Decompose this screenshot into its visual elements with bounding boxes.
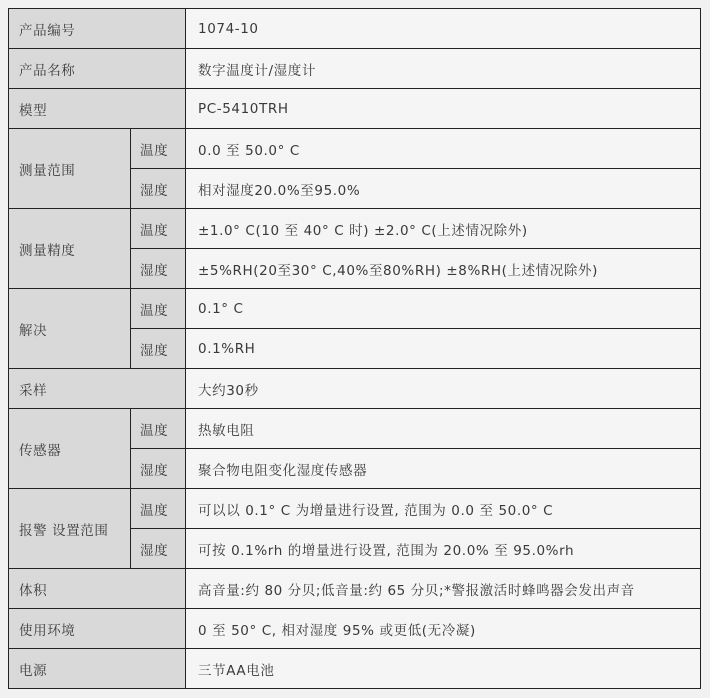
row-label-operating-environment: 使用环境	[9, 609, 186, 649]
table-row: 测量范围 温度 0.0 至 50.0° C	[9, 129, 701, 169]
sub-label-humidity: 湿度	[131, 169, 186, 209]
table-row: 测量精度 温度 ±1.0° C(10 至 40° C 时) ±2.0° C(上述…	[9, 209, 701, 249]
row-value-resolution-humidity: 0.1%RH	[186, 329, 701, 369]
row-label-alarm-setting-range: 报警 设置范围	[9, 489, 131, 569]
row-value-alarm-temperature: 可以以 0.1° C 为增量进行设置, 范围为 0.0 至 50.0° C	[186, 489, 701, 529]
sub-label-temperature: 温度	[131, 129, 186, 169]
row-value-model: PC-5410TRH	[186, 89, 701, 129]
sub-label-temperature: 温度	[131, 409, 186, 449]
row-value-accuracy-temperature: ±1.0° C(10 至 40° C 时) ±2.0° C(上述情况除外)	[186, 209, 701, 249]
table-row: 采样 大约30秒	[9, 369, 701, 409]
sub-label-temperature: 温度	[131, 209, 186, 249]
row-label-sampling: 采样	[9, 369, 186, 409]
table-row: 体积 高音量:约 80 分贝;低音量:约 65 分贝;*警报激活时蜂鸣器会发出声…	[9, 569, 701, 609]
sub-label-humidity: 湿度	[131, 529, 186, 569]
sub-label-humidity: 湿度	[131, 329, 186, 369]
spec-page: 产品编号 1074-10 产品名称 数字温度计/湿度计 模型 PC-5410TR…	[0, 0, 710, 698]
row-value-accuracy-humidity: ±5%RH(20至30° C,40%至80%RH) ±8%RH(上述情况除外)	[186, 249, 701, 289]
table-row: 模型 PC-5410TRH	[9, 89, 701, 129]
row-label-volume: 体积	[9, 569, 186, 609]
table-row: 传感器 温度 热敏电阻	[9, 409, 701, 449]
sub-label-humidity: 湿度	[131, 449, 186, 489]
table-row: 产品编号 1074-10	[9, 9, 701, 49]
sub-label-temperature: 温度	[131, 289, 186, 329]
table-row: 产品名称 数字温度计/湿度计	[9, 49, 701, 89]
row-value-sensor-humidity: 聚合物电阻变化湿度传感器	[186, 449, 701, 489]
row-label-product-name: 产品名称	[9, 49, 186, 89]
row-label-sensor: 传感器	[9, 409, 131, 489]
row-value-product-name: 数字温度计/湿度计	[186, 49, 701, 89]
sub-label-temperature: 温度	[131, 489, 186, 529]
row-label-model: 模型	[9, 89, 186, 129]
product-spec-table: 产品编号 1074-10 产品名称 数字温度计/湿度计 模型 PC-5410TR…	[8, 8, 701, 689]
table-row: 报警 设置范围 温度 可以以 0.1° C 为增量进行设置, 范围为 0.0 至…	[9, 489, 701, 529]
row-value-operating-environment: 0 至 50° C, 相对湿度 95% 或更低(无冷凝)	[186, 609, 701, 649]
row-label-product-number: 产品编号	[9, 9, 186, 49]
table-row: 使用环境 0 至 50° C, 相对湿度 95% 或更低(无冷凝)	[9, 609, 701, 649]
row-value-volume: 高音量:约 80 分贝;低音量:约 65 分贝;*警报激活时蜂鸣器会发出声音	[186, 569, 701, 609]
table-row: 电源 三节AA电池	[9, 649, 701, 689]
row-value-sensor-temperature: 热敏电阻	[186, 409, 701, 449]
row-value-resolution-temperature: 0.1° C	[186, 289, 701, 329]
row-value-power-supply: 三节AA电池	[186, 649, 701, 689]
sub-label-humidity: 湿度	[131, 249, 186, 289]
row-value-alarm-humidity: 可按 0.1%rh 的增量进行设置, 范围为 20.0% 至 95.0%rh	[186, 529, 701, 569]
row-label-measuring-range: 测量范围	[9, 129, 131, 209]
table-row: 解决 温度 0.1° C	[9, 289, 701, 329]
row-label-power-supply: 电源	[9, 649, 186, 689]
row-label-accuracy: 测量精度	[9, 209, 131, 289]
row-value-sampling: 大约30秒	[186, 369, 701, 409]
row-value-range-temperature: 0.0 至 50.0° C	[186, 129, 701, 169]
row-value-product-number: 1074-10	[186, 9, 701, 49]
row-value-range-humidity: 相对湿度20.0%至95.0%	[186, 169, 701, 209]
row-label-resolution: 解决	[9, 289, 131, 369]
